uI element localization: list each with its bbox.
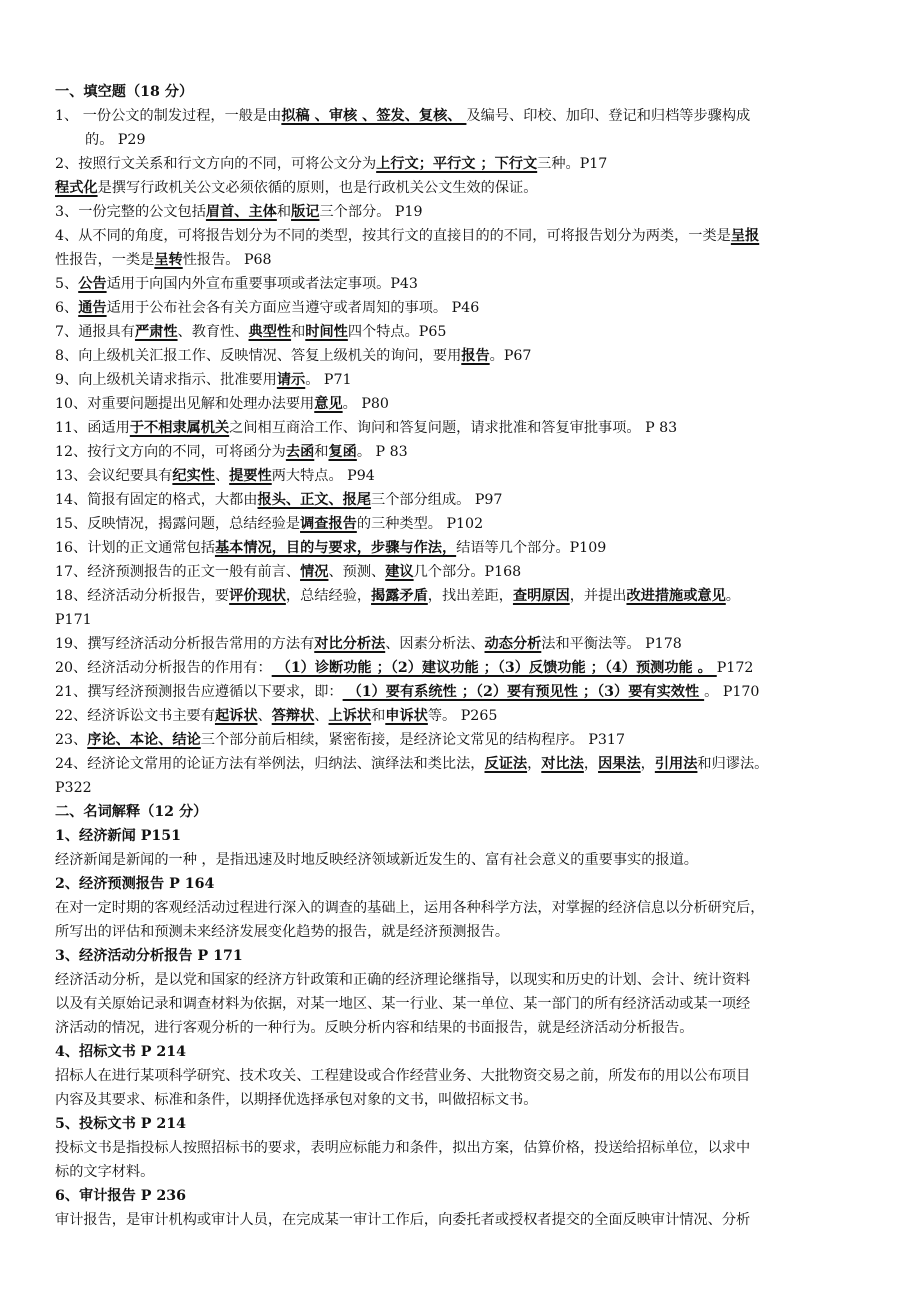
question-line: 14、简报有固定的格式，大都由报头、正文、报尾三个部分组成。 P97 (55, 488, 867, 512)
answer-text: 眉首、主体 (206, 204, 277, 220)
answer-text: 起诉状 (215, 708, 258, 724)
question-text: 24、经济论文常用的论证方法有举例法，归纳法、演绎法和类比法， (55, 756, 485, 772)
question-text: 、因素分析法、 (385, 636, 484, 652)
answer-text: 引用法 (655, 756, 698, 772)
question-line: P171 (55, 608, 867, 632)
question-line: 17、经济预测报告的正文一般有前言、情况、预测、建议几个部分。P168 (55, 560, 867, 584)
answer-text: 评价现状 (229, 588, 286, 604)
question-text: 。 P71 (305, 372, 351, 388)
question-text: 20、经济活动分析报告的作用有： (55, 660, 272, 676)
section-heading-fill-in: 一、填空题（18 分） (55, 80, 867, 104)
answer-text: 程式化 (55, 180, 98, 196)
question-line: 程式化是撰写行政机关公文必须依循的原则，也是行政机关公文生效的保证。 (55, 176, 867, 200)
answer-text: 基本情况，目的与要求，步骤与作法， (215, 540, 456, 556)
fill-in-questions: 1、 一份公文的制发过程，一般是由拟稿 、审核 、签发、复核、 及编号、印校、加… (55, 104, 867, 800)
question-text: 和 (314, 444, 328, 460)
question-text: 的。 P29 (85, 132, 145, 148)
question-text: 三种。P17 (537, 156, 607, 172)
question-text: 23、 (55, 732, 87, 748)
question-text: 和 (291, 324, 305, 340)
answer-text: 通告 (78, 300, 106, 316)
answer-text: 改进措施或意见 (626, 588, 725, 604)
question-text: 。 P80 (343, 396, 389, 412)
question-text: 3、一份完整的公文包括 (55, 204, 206, 220)
answer-text: 情况 (300, 564, 328, 580)
question-text: 11、函适用 (55, 420, 130, 436)
answer-text: 上诉状 (329, 708, 372, 724)
answer-text: 上行文；平行文 ；下行文 (376, 156, 537, 172)
question-line: 22、经济诉讼文书主要有起诉状、答辩状、上诉状和申诉状等。 P265 (55, 704, 867, 728)
question-text: 4、从不同的角度，可将报告划分为不同的类型，按其行文的直接目的的不同，可将报告划… (55, 228, 731, 244)
question-text: 性报告，一类是 (55, 252, 154, 268)
question-text: 。 (726, 588, 740, 604)
term-definition-line: 济活动的情况，进行客观分析的一种行为。反映分析内容和结果的书面报告，就是经济活动… (55, 1016, 867, 1040)
question-line: 16、计划的正文通常包括基本情况，目的与要求，步骤与作法，结语等几个部分。P10… (55, 536, 867, 560)
question-text: 1、 一份公文的制发过程，一般是由 (55, 108, 281, 124)
answer-text: 于不相隶属机关 (130, 420, 229, 436)
question-text: P171 (55, 612, 92, 628)
answer-text: 报告 (461, 348, 489, 364)
answer-text: 去函 (286, 444, 314, 460)
section-heading-terms: 二、名词解释（12 分） (55, 800, 867, 824)
question-text: 和 (277, 204, 291, 220)
term-definition-line: 招标人在进行某项科学研究、技术攻关、工程建设或合作经营业务、大批物资交易之前，所… (55, 1064, 867, 1088)
answer-text: 复函 (328, 444, 356, 460)
question-text: 三个部分。 P19 (319, 204, 422, 220)
question-text: 性报告。 P68 (183, 252, 272, 268)
question-text: 是撰写行政机关公文必须依循的原则，也是行政机关公文生效的保证。 (98, 180, 538, 196)
question-text: 、 (215, 468, 229, 484)
question-text: ，总结经验， (286, 588, 371, 604)
question-line: 11、函适用于不相隶属机关之间相互商洽工作、询问和答复问题，请求批准和答复审批事… (55, 416, 867, 440)
question-line: 9、向上级机关请求指示、批准要用请示。 P71 (55, 368, 867, 392)
question-text: 21、撰写经济预测报告应遵循以下要求，即： (55, 684, 343, 700)
question-text: 、教育性、 (178, 324, 249, 340)
answer-text: 提要性 (229, 468, 272, 484)
term-definition-line: 在对一定时期的客观经活动过程进行深入的调查的基础上，运用各种科学方法，对掌握的经… (55, 896, 867, 920)
question-line: 4、从不同的角度，可将报告划分为不同的类型，按其行文的直接目的的不同，可将报告划… (55, 224, 867, 248)
question-text: 18、经济活动分析报告，要 (55, 588, 229, 604)
term-title: 6、审计报告 P 236 (55, 1184, 867, 1208)
question-text: 22、经济诉讼文书主要有 (55, 708, 215, 724)
question-text: 14、简报有固定的格式，大都由 (55, 492, 258, 508)
question-text: ， (641, 756, 655, 772)
question-line: 7、通报具有严肃性、教育性、典型性和时间性四个特点。P65 (55, 320, 867, 344)
question-line: 1、 一份公文的制发过程，一般是由拟稿 、审核 、签发、复核、 及编号、印校、加… (55, 104, 867, 128)
question-text: 四个特点。P65 (348, 324, 447, 340)
answer-text: （1）诊断功能 ；（2）建议功能 ；（3）反馈功能 ；（4）预测功能 。 (272, 660, 717, 676)
question-text: 之间相互商洽工作、询问和答复问题，请求批准和答复审批事项。 P 83 (229, 420, 677, 436)
question-text: ，找出差距， (428, 588, 513, 604)
term-definition-line: 内容及其要求、标准和条件，以期择优选择承包对象的文书，叫做招标文书。 (55, 1088, 867, 1112)
question-text: 7、通报具有 (55, 324, 135, 340)
term-title: 1、经济新闻 P151 (55, 824, 867, 848)
question-text: 等。 P265 (428, 708, 498, 724)
answer-text: 公告 (78, 276, 106, 292)
question-line: 18、经济活动分析报告，要评价现状，总结经验，揭露矛盾，找出差距，查明原因，并提… (55, 584, 867, 608)
question-line: 24、经济论文常用的论证方法有举例法，归纳法、演绎法和类比法，反证法，对比法，因… (55, 752, 867, 776)
term-definition-line: 以及有关原始记录和调查材料为依据，对某一地区、某一行业、某一单位、某一部门的所有… (55, 992, 867, 1016)
question-text: 和归谬法。 (697, 756, 768, 772)
term-definition-line: 经济活动分析，是以党和国家的经济方针政策和正确的经济理论继指导，以现实和历史的计… (55, 968, 867, 992)
term-definition-line: 审计报告，是审计机构或审计人员，在完成某一审计工作后，向委托者或授权者提交的全面… (55, 1208, 867, 1232)
term-title: 4、招标文书 P 214 (55, 1040, 867, 1064)
question-text: 5、 (55, 276, 78, 292)
question-line: 20、经济活动分析报告的作用有： （1）诊断功能 ；（2）建议功能 ；（3）反馈… (55, 656, 867, 680)
question-text: 、 (258, 708, 272, 724)
question-text: 三个部分组成。 P97 (371, 492, 502, 508)
question-line: 2、按照行文关系和行文方向的不同，可将公文分为上行文；平行文 ；下行文三种。P1… (55, 152, 867, 176)
question-text: 16、计划的正文通常包括 (55, 540, 215, 556)
question-text: 和 (371, 708, 385, 724)
answer-text: 呈报 (731, 228, 759, 244)
term-title: 3、经济活动分析报告 P 171 (55, 944, 867, 968)
question-line: 15、反映情况，揭露问题，总结经验是调查报告的三种类型。 P102 (55, 512, 867, 536)
question-line: 3、一份完整的公文包括眉首、主体和版记三个部分。 P19 (55, 200, 867, 224)
term-title: 5、投标文书 P 214 (55, 1112, 867, 1136)
answer-text: （1）要有系统性 ；（2）要有预见性 ；（3）要有实效性 (343, 684, 705, 700)
question-text: 适用于向国内外宣布重要事项或者法定事项。P43 (107, 276, 418, 292)
question-line: 10、对重要问题提出见解和处理办法要用意见。 P80 (55, 392, 867, 416)
answer-text: 动态分析 (485, 636, 542, 652)
question-line: 13、会议纪要具有纪实性、提要性两大特点。 P94 (55, 464, 867, 488)
answer-text: 时间性 (305, 324, 348, 340)
answer-text: 答辩状 (272, 708, 315, 724)
question-text: 6、 (55, 300, 78, 316)
question-line: 19、撰写经济活动分析报告常用的方法有对比分析法、因素分析法、动态分析法和平衡法… (55, 632, 867, 656)
answer-text: 序论、本论、结论 (87, 732, 201, 748)
answer-text: 典型性 (249, 324, 292, 340)
answer-text: 对比分析法 (314, 636, 385, 652)
question-text: 10、对重要问题提出见解和处理办法要用 (55, 396, 314, 412)
answer-text: 查明原因 (513, 588, 570, 604)
question-line: 12、按行文方向的不同，可将函分为去函和复函。 P 83 (55, 440, 867, 464)
question-line: P322 (55, 776, 867, 800)
question-line: 8、向上级机关汇报工作、反映情况、答复上级机关的询问，要用报告。P67 (55, 344, 867, 368)
question-text: 19、撰写经济活动分析报告常用的方法有 (55, 636, 314, 652)
question-text: 17、经济预测报告的正文一般有前言、 (55, 564, 300, 580)
answer-text: 严肃性 (135, 324, 178, 340)
answer-text: 因果法 (598, 756, 641, 772)
question-line: 23、序论、本论、结论三个部分前后相续，紧密衔接，是经济论文常见的结构程序。 P… (55, 728, 867, 752)
question-text: 15、反映情况，揭露问题，总结经验是 (55, 516, 300, 532)
answer-text: 版记 (291, 204, 319, 220)
question-text: ， (584, 756, 598, 772)
question-text: 结语等几个部分。P109 (456, 540, 606, 556)
question-text: 8、向上级机关汇报工作、反映情况、答复上级机关的询问，要用 (55, 348, 461, 364)
question-text: 、预测、 (328, 564, 385, 580)
answer-text: 调查报告 (300, 516, 357, 532)
answer-text: 纪实性 (172, 468, 215, 484)
answer-text: 意见 (314, 396, 342, 412)
term-definition-line: 经济新闻是新闻的一种 ，是指迅速及时地反映经济领域新近发生的、富有社会意义的重要… (55, 848, 867, 872)
question-text: 的三种类型。 P102 (357, 516, 483, 532)
question-text: P322 (55, 780, 92, 796)
question-text: 两大特点。 P94 (272, 468, 375, 484)
question-text: ，并提出 (570, 588, 627, 604)
question-text: 2、按照行文关系和行文方向的不同，可将公文分为 (55, 156, 376, 172)
question-text: 、 (314, 708, 328, 724)
term-definition-line: 所写出的评估和预测未来经济发展变化趋势的报告，就是经济预测报告。 (55, 920, 867, 944)
question-text: 法和平衡法等。 P178 (541, 636, 681, 652)
question-text: 9、向上级机关请求指示、批准要用 (55, 372, 277, 388)
term-definition-line: 投标文书是指投标人按照招标书的要求，表明应标能力和条件，拟出方案，估算价格，投送… (55, 1136, 867, 1160)
question-line: 6、通告适用于公布社会各有关方面应当遵守或者周知的事项。 P46 (55, 296, 867, 320)
question-text: 12、按行文方向的不同，可将函分为 (55, 444, 286, 460)
question-text: 及编号、印校、加印、登记和归档等步骤构成 (466, 108, 750, 124)
term-definitions: 1、经济新闻 P151经济新闻是新闻的一种 ，是指迅速及时地反映经济领域新近发生… (55, 824, 867, 1232)
question-line: 5、公告适用于向国内外宣布重要事项或者法定事项。P43 (55, 272, 867, 296)
question-text: 几个部分。P168 (414, 564, 522, 580)
question-text: 适用于公布社会各有关方面应当遵守或者周知的事项。 P46 (107, 300, 480, 316)
answer-text: 拟稿 、审核 、签发、复核、 (281, 108, 466, 124)
question-text: 。 P 83 (357, 444, 408, 460)
answer-text: 请示 (277, 372, 305, 388)
term-definition-line: 标的文字材料。 (55, 1160, 867, 1184)
answer-text: 申诉状 (385, 708, 428, 724)
question-text: 。 P170 (704, 684, 759, 700)
question-text: 。P67 (490, 348, 532, 364)
question-text: ， (527, 756, 541, 772)
question-line: 性报告，一类是呈转性报告。 P68 (55, 248, 867, 272)
answer-text: 对比法 (541, 756, 584, 772)
question-text: 三个部分前后相续，紧密衔接，是经济论文常见的结构程序。 P317 (201, 732, 625, 748)
question-text: 13、会议纪要具有 (55, 468, 172, 484)
answer-text: 建议 (385, 564, 413, 580)
question-line: 21、撰写经济预测报告应遵循以下要求，即： （1）要有系统性 ；（2）要有预见性… (55, 680, 867, 704)
answer-text: 报头、正文、报尾 (258, 492, 372, 508)
question-text: P172 (717, 660, 754, 676)
answer-text: 揭露矛盾 (371, 588, 428, 604)
document-page: 一、填空题（18 分） 1、 一份公文的制发过程，一般是由拟稿 、审核 、签发、… (55, 80, 867, 1232)
answer-text: 反证法 (485, 756, 528, 772)
question-line: 的。 P29 (55, 128, 867, 152)
answer-text: 呈转 (154, 252, 182, 268)
term-title: 2、经济预测报告 P 164 (55, 872, 867, 896)
